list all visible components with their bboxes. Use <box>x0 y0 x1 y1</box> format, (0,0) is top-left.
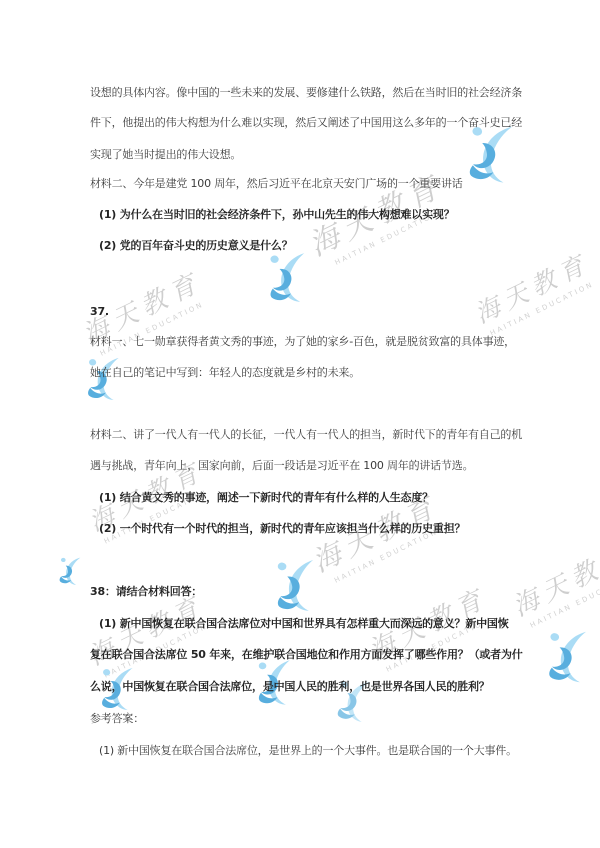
question-line: (1) 新中国恢复在联合国合法席位对中国和世界具有怎样重大而深远的意义？新中国恢 <box>99 617 509 631</box>
question-line: (2) 一个时代有一个时代的担当，新时代的青年应该担当什么样的历史重担？ <box>99 522 465 536</box>
question-line: (2) 党的百年奋斗史的历史意义是什么？ <box>99 239 293 253</box>
haitian-logo-icon <box>260 248 312 309</box>
doc-line: 设想的具体内容。像中国的一些未来的发展、要修建什么铁路，然后在当时旧的社会经济条 <box>90 86 522 100</box>
watermark: 海天教育 HAITIAN EDUCATION <box>468 244 600 340</box>
haitian-logo-icon <box>53 548 86 594</box>
question-line: (1) 结合黄文秀的事迹，阐述一下新时代的青年有什么样的人生态度？ <box>99 491 433 505</box>
answer-line: (1) 新中国恢复在联合国合法席位，是世界上的一个大事件。也是联合国的一个大事件… <box>99 744 517 758</box>
question-number: 37. <box>90 305 109 319</box>
doc-line: 实现了她当时提出的伟大设想。 <box>90 148 241 162</box>
doc-line: 遇与挑战，青年向上，国家向前，后面一段话是习近平在 100 周年的讲话节选。 <box>90 459 473 473</box>
haitian-logo-icon <box>538 625 594 689</box>
question-number: 38：请结合材料回答： <box>90 585 202 599</box>
answer-label: 参考答案： <box>90 712 144 726</box>
doc-line: 件下，他提出的伟大构想为什么难以实现，然后又阐述了中国用这么多年的一个奋斗史已经 <box>90 116 522 130</box>
haitian-logo-icon <box>267 554 321 619</box>
doc-line: 材料二、讲了一代人有一代人的长征，一代人有一代人的担当，新时代下的青年有自己的机 <box>90 428 522 442</box>
doc-line: 材料一、七一勋章获得者黄文秀的事迹，为了她的家乡-百色，就是脱贫致富的具体事迹， <box>90 335 515 349</box>
doc-line: 材料二、今年是建党 100 周年，然后习近平在北京天安门广场的一个重要讲话 <box>90 177 463 191</box>
question-line: 么说，中国恢复在联合国合法席位，是中国人民的胜利，也是世界各国人民的胜利？ <box>90 680 490 694</box>
question-line: 复在联合国合法席位 50 年来，在维护联合国地位和作用方面发挥了哪些作用？（或者… <box>90 648 523 662</box>
question-line: (1) 为什么在当时旧的社会经济条件下，孙中山先生的伟大构想难以实现？ <box>99 208 455 222</box>
doc-line: 她在自己的笔记中写到：年轻人的态度就是乡村的未来。 <box>90 366 360 380</box>
exam-document-page: 海天教育 HAITIAN EDUCATION 海天教育 HAITIAN EDUC… <box>0 0 600 848</box>
watermark: 海天教育 HAITIAN EDUCATION <box>506 534 600 632</box>
